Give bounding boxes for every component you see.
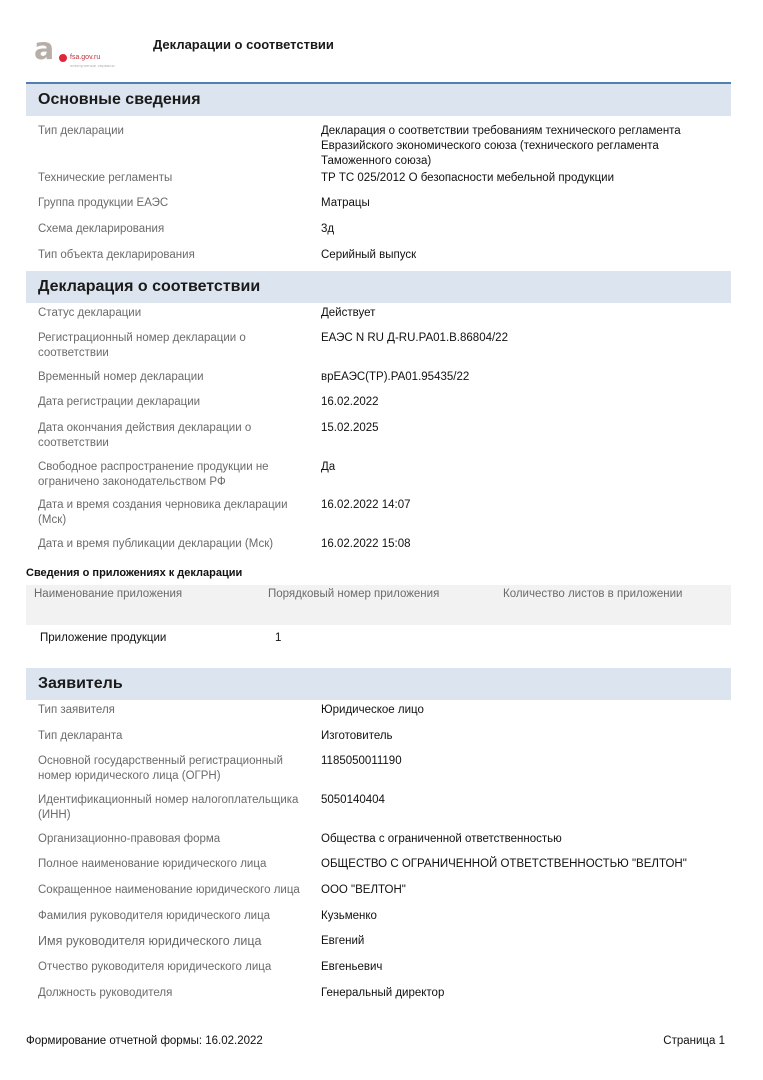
field-value: Общества с ограниченной ответственностью (321, 832, 726, 847)
field-value: врЕАЭС(ТР).РА01.95435/22 (321, 370, 726, 385)
field-value: ЕАЭС N RU Д-RU.РА01.В.86804/22 (321, 331, 726, 346)
fsa-logo: a fsa.gov.ru электронные сервисы (34, 35, 129, 71)
field-value: 5050140404 (321, 793, 726, 808)
attachment-name: Приложение продукции (40, 632, 166, 644)
field-label: Дата и время создания черновика декларац… (38, 498, 308, 528)
field-label: Схема декларирования (38, 222, 308, 237)
column-header-sheets: Количество листов в приложении (503, 588, 682, 600)
field-label: Тип заявителя (38, 703, 308, 718)
field-value: Евгеньевич (321, 960, 726, 975)
field-label: Группа продукции ЕАЭС (38, 196, 308, 211)
logo-subtitle: электронные сервисы (70, 63, 115, 68)
field-value: ТР ТС 025/2012 О безопасности мебельной … (321, 171, 726, 186)
field-label: Фамилия руководителя юридического лица (38, 909, 308, 924)
field-value: 3д (321, 222, 726, 237)
field-label: Дата регистрации декларации (38, 395, 308, 410)
logo-glyph-icon: a (34, 35, 54, 65)
field-label: Должность руководителя (38, 986, 308, 1001)
attachment-number: 1 (275, 632, 281, 644)
field-value: 1185050011190 (321, 754, 726, 769)
document-title: Декларации о соответствии (153, 37, 334, 52)
page-header: a fsa.gov.ru электронные сервисы Деклара… (0, 0, 763, 80)
logo-dot-icon (59, 54, 67, 62)
field-value: 15.02.2025 (321, 421, 726, 436)
column-header-number: Порядковый номер приложения (268, 588, 439, 600)
field-value: Действует (321, 306, 726, 321)
field-label: Идентификационный номер налогоплательщик… (38, 793, 308, 823)
field-label: Статус декларации (38, 306, 308, 321)
field-label: Тип декларанта (38, 729, 308, 744)
logo-site: fsa.gov.ru (70, 54, 100, 61)
table-row: Приложение продукции 1 (26, 632, 731, 650)
field-value: 16.02.2022 15:08 (321, 537, 726, 552)
field-value: ОБЩЕСТВО С ОГРАНИЧЕННОЙ ОТВЕТСТВЕННОСТЬЮ… (321, 857, 726, 872)
field-label: Регистрационный номер декларации о соотв… (38, 331, 308, 361)
section-basic-heading: Основные сведения (26, 84, 731, 116)
field-value: Да (321, 460, 726, 475)
field-label: Полное наименование юридического лица (38, 857, 308, 872)
report-generated-date: Формирование отчетной формы: 16.02.2022 (26, 1035, 263, 1047)
column-header-name: Наименование приложения (34, 588, 182, 600)
field-row: Тип декларации Декларация о соответствии… (38, 124, 728, 170)
field-value: 16.02.2022 (321, 395, 726, 410)
field-value: Декларация о соответствии требованиям те… (321, 124, 726, 169)
field-label: Дата и время публикации декларации (Мск) (38, 537, 308, 552)
field-label: Отчество руководителя юридического лица (38, 960, 308, 975)
page-number: Страница 1 (663, 1035, 725, 1047)
field-label: Технические регламенты (38, 171, 308, 186)
field-label: Свободное распространение продукции не о… (38, 460, 308, 490)
field-value: Юридическое лицо (321, 703, 726, 718)
field-value: Изготовитель (321, 729, 726, 744)
field-label: Имя руководителя юридического лица (38, 934, 308, 949)
field-label: Основной государственный регистрационный… (38, 754, 308, 784)
field-label: Организационно-правовая форма (38, 832, 308, 847)
section-declaration-heading: Декларация о соответствии (26, 271, 731, 303)
field-value: 16.02.2022 14:07 (321, 498, 726, 513)
field-value: Кузьменко (321, 909, 726, 924)
field-value: Генеральный директор (321, 986, 726, 1001)
field-label: Тип декларации (38, 124, 308, 139)
field-value: Серийный выпуск (321, 248, 726, 263)
field-value: Матрацы (321, 196, 726, 211)
field-label: Тип объекта декларирования (38, 248, 308, 263)
attachments-table-header: Наименование приложения Порядковый номер… (26, 585, 731, 625)
field-value: Евгений (321, 934, 726, 949)
field-label: Дата окончания действия декларации о соо… (38, 421, 308, 451)
field-label: Временный номер декларации (38, 370, 308, 385)
attachments-heading: Сведения о приложениях к декларации (26, 567, 242, 579)
field-label: Сокращенное наименование юридического ли… (38, 883, 308, 898)
field-value: ООО "ВЕЛТОН" (321, 883, 726, 898)
section-applicant-heading: Заявитель (26, 668, 731, 700)
